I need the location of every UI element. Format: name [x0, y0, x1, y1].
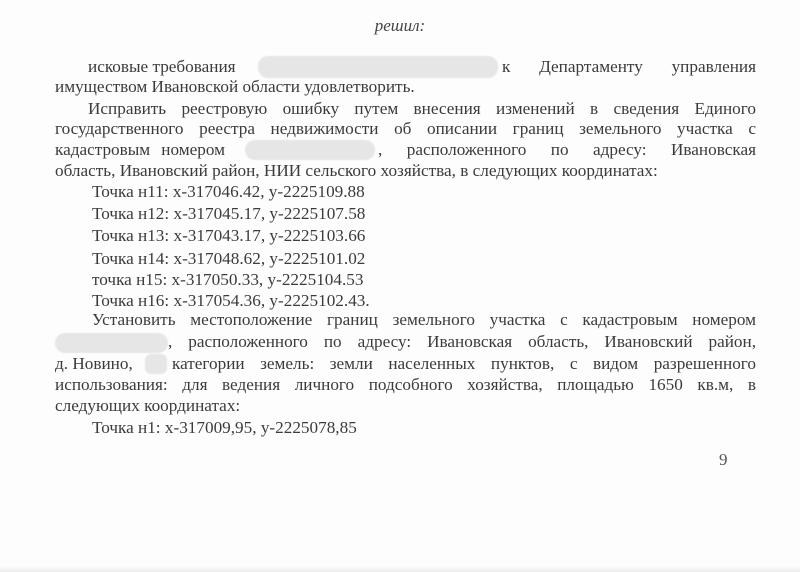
- paragraph3-line5: следующих координатах:: [55, 396, 240, 416]
- text: к Департаменту управления: [502, 57, 756, 77]
- paragraph3-line3-start: д. Новино,: [55, 354, 133, 374]
- coordinate-point-n14: Точка н14: х-317048.62, у-2225101.02: [92, 249, 365, 269]
- paragraph2-line3-end: , расположенного по адресу: Ивановская: [378, 140, 756, 160]
- paragraph2-line4: область, Ивановский район, НИИ сельского…: [55, 161, 658, 181]
- paragraph2-line2: государственного реестра недвижимости об…: [55, 119, 756, 139]
- paragraph3-line4: использования: для ведения личного подсо…: [55, 375, 756, 395]
- coordinate-point-n11: Точка н11: х-317046.42, у-2225109.88: [92, 182, 365, 202]
- redacted-plaintiff-name: [258, 56, 498, 78]
- decision-heading: решил:: [0, 16, 800, 36]
- coordinate-point-n16: Точка н16: х-317054.36, у-2225102.43.: [92, 291, 370, 311]
- document-page: решил: исковые требования к Департаменту…: [0, 0, 800, 572]
- redacted-address-detail: [145, 354, 167, 374]
- paragraph2-line1: Исправить реестровую ошибку путем внесен…: [88, 99, 756, 119]
- paragraph3-line1: Установить местоположение границ земельн…: [92, 310, 756, 330]
- paragraph2-line3-start: кадастровым номером: [55, 140, 225, 160]
- coordinate-point-n13: Точка н13: х-317043.17, у-2225103.66: [92, 226, 365, 246]
- coordinate-point-n1: Точка н1: х-317009,95, у-2225078,85: [92, 418, 357, 438]
- paragraph3-line2-end: , расположенного по адресу: Ивановская о…: [168, 332, 756, 352]
- coordinate-point-n12: Точка н12: х-317045.17, у-2225107.58: [92, 204, 365, 224]
- page-bottom-edge: [0, 566, 800, 572]
- paragraph1-line2: имуществом Ивановской области удовлетвор…: [55, 77, 415, 97]
- redacted-cadastral-number-1: [245, 140, 375, 160]
- page-number: 9: [719, 450, 728, 470]
- paragraph1-line1-start: исковые требования: [88, 57, 236, 77]
- redacted-cadastral-number-2: [55, 333, 168, 353]
- text: исковые требования: [88, 57, 236, 76]
- paragraph1-line1-end: к Департаменту управления: [502, 57, 756, 77]
- paragraph3-line3-end: категории земель: земли населенных пункт…: [172, 354, 756, 374]
- coordinate-point-n15: точка н15: х-317050.33, у-2225104.53: [92, 270, 363, 290]
